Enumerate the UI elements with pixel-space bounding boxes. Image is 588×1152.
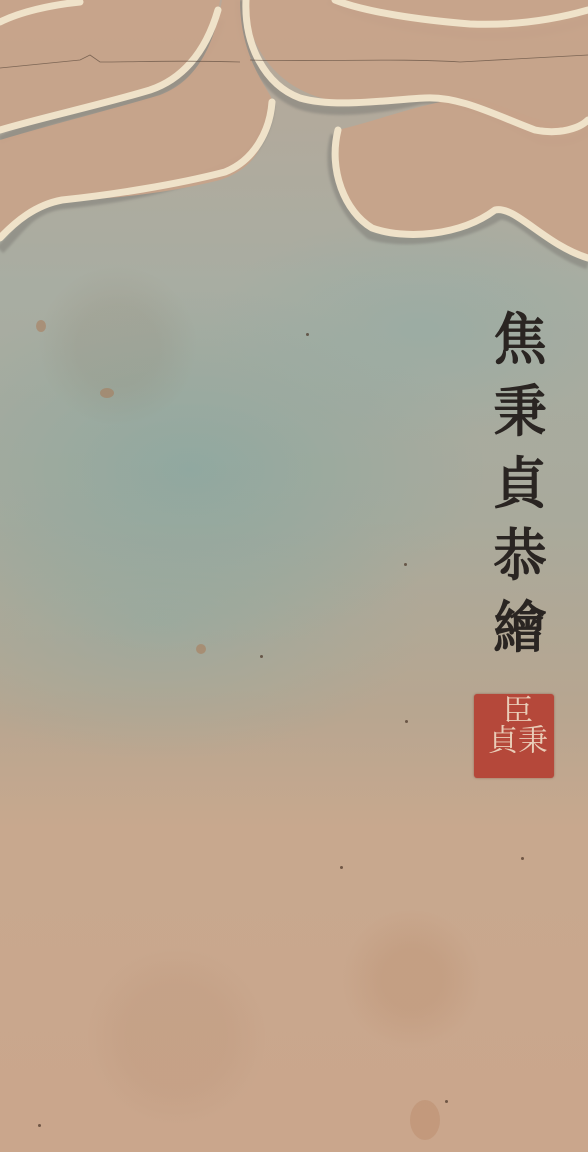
speck xyxy=(405,720,408,723)
artist-inscription: 焦 秉 貞 恭 繪 xyxy=(480,312,560,672)
cloud-motif xyxy=(0,0,588,290)
painting: 焦 秉 貞 恭 繪 臣 秉貞 xyxy=(0,0,588,1152)
speck xyxy=(340,866,343,869)
inscription-char: 繪 xyxy=(493,600,546,672)
inscription-char: 恭 xyxy=(493,528,546,600)
speck xyxy=(404,563,407,566)
inscription-char: 貞 xyxy=(493,456,546,528)
inscription-char: 秉 xyxy=(493,384,546,456)
red-seal: 臣 秉貞 xyxy=(474,694,554,778)
speck xyxy=(306,333,309,336)
stain xyxy=(196,644,206,654)
speck xyxy=(445,1100,448,1103)
speck xyxy=(521,857,524,860)
speck xyxy=(260,655,263,658)
speck xyxy=(38,1124,41,1127)
inscription-char: 焦 xyxy=(493,312,546,384)
seal-char: 秉貞 xyxy=(484,724,544,778)
stain xyxy=(100,388,114,398)
stain xyxy=(410,1100,440,1140)
stain xyxy=(36,320,46,332)
seal-char: 臣 xyxy=(499,694,529,724)
